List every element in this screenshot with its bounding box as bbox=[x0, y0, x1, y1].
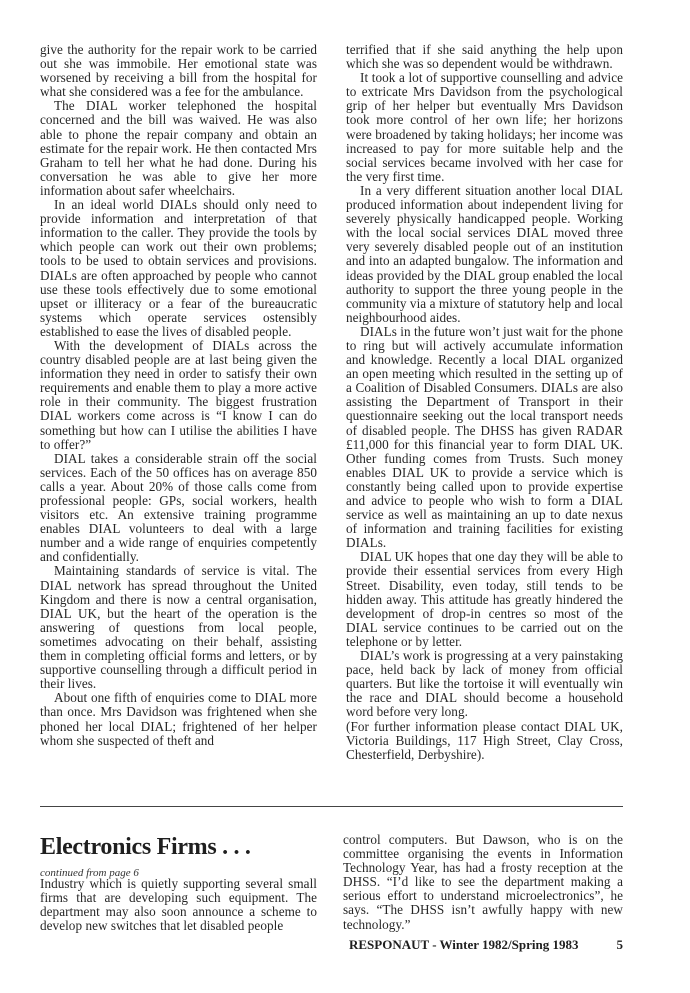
paragraph: DIAL’s work is progressing at a very pai… bbox=[346, 649, 623, 719]
paragraph: The DIAL worker telephoned the hospital … bbox=[40, 99, 317, 198]
paragraph: DIAL UK hopes that one day they will be … bbox=[346, 550, 623, 649]
paragraph: DIALs in the future won’t just wait for … bbox=[346, 325, 623, 551]
paragraph: It took a lot of supportive counselling … bbox=[346, 71, 623, 184]
article-right-column: terrified that if she said anything the … bbox=[346, 43, 623, 762]
paragraph: In a very different situation another lo… bbox=[346, 184, 623, 325]
paragraph: Maintaining standards of service is vita… bbox=[40, 564, 317, 691]
bottom-article-left-column: Industry which is quietly supporting sev… bbox=[40, 877, 317, 933]
paragraph: Industry which is quietly supporting sev… bbox=[40, 877, 317, 933]
paragraph: give the authority for the repair work t… bbox=[40, 43, 317, 99]
article-left-column: give the authority for the repair work t… bbox=[40, 43, 317, 748]
publication-name: RESPONAUT - Winter 1982/Spring 1983 bbox=[349, 937, 578, 953]
paragraph: In an ideal world DIALs should only need… bbox=[40, 198, 317, 339]
magazine-page: give the authority for the repair work t… bbox=[0, 0, 690, 993]
bottom-article-right-column: control computers. But Dawson, who is on… bbox=[343, 833, 623, 932]
article-headline: Electronics Firms . . . bbox=[40, 834, 251, 860]
paragraph: control computers. But Dawson, who is on… bbox=[343, 833, 623, 932]
section-divider bbox=[40, 806, 623, 807]
page-footer: RESPONAUT - Winter 1982/Spring 1983 5 bbox=[349, 937, 623, 953]
paragraph: About one fifth of enquiries come to DIA… bbox=[40, 691, 317, 747]
contact-paragraph: (For further information please contact … bbox=[346, 720, 623, 762]
paragraph: terrified that if she said anything the … bbox=[346, 43, 623, 71]
paragraph: DIAL takes a considerable strain off the… bbox=[40, 452, 317, 565]
page-number: 5 bbox=[617, 937, 624, 953]
paragraph: With the development of DIALs across the… bbox=[40, 339, 317, 452]
